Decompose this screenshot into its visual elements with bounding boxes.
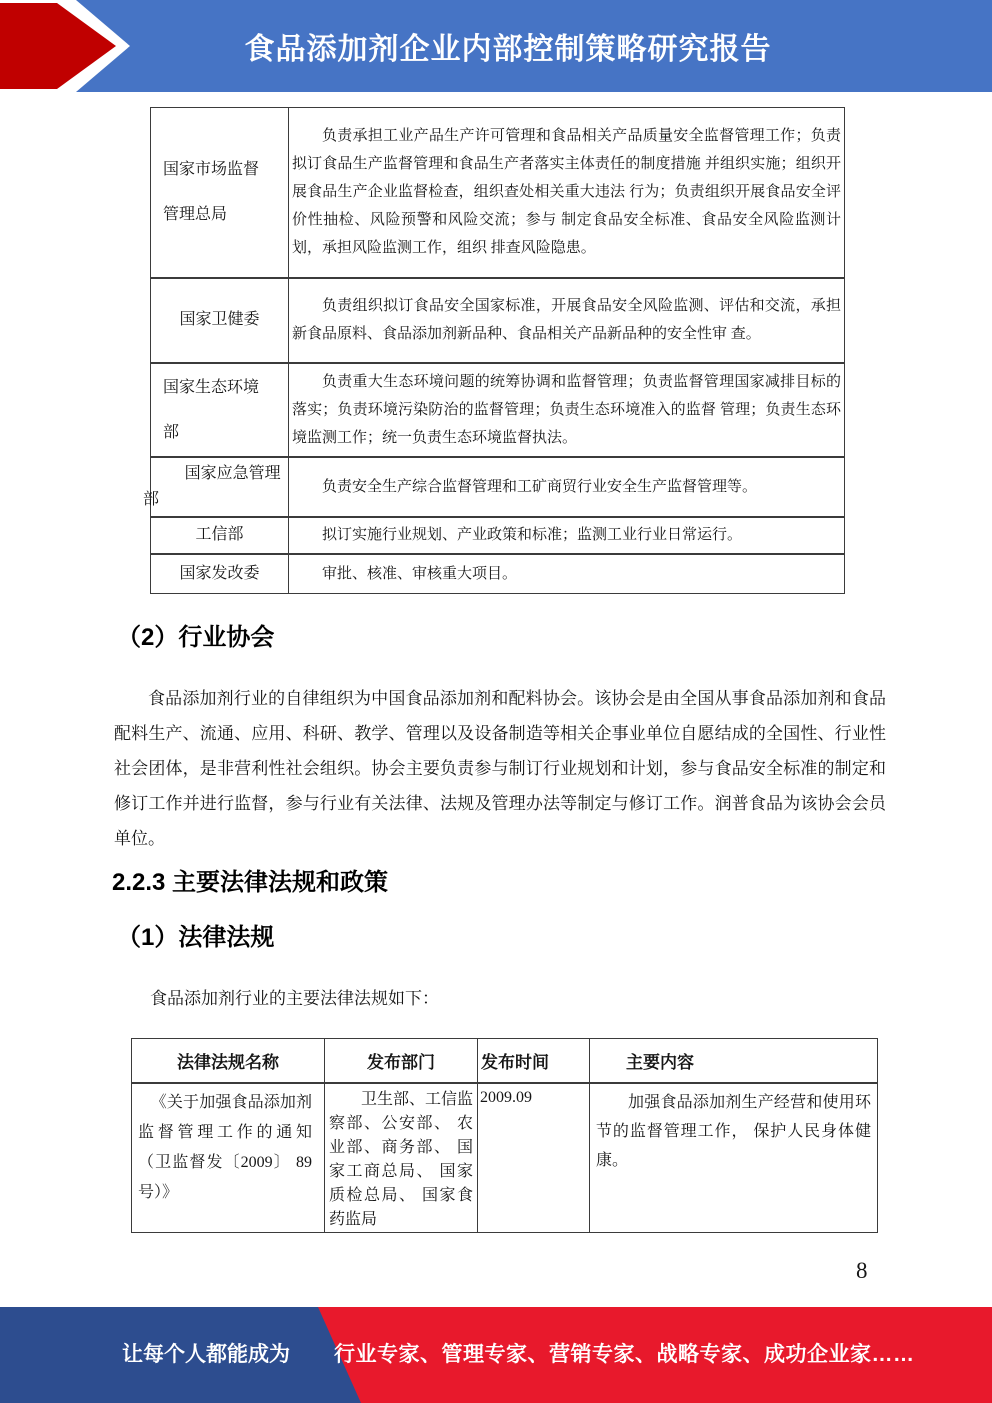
laws-regulations-table: 法律法规名称发布部门发布时间主要内容 《关于加强食品添加剂监督管理工作的通知（卫… <box>131 1038 878 1233</box>
chevron-arrow-icon <box>0 0 132 92</box>
heading-industry-association: （2）行业协会 <box>117 617 274 652</box>
gov-table-row: 国家发改委审批、核准、审核重大项目。 <box>151 554 845 594</box>
gov-table-row: 国家市场监督管理总局负责承担工业产品生产许可管理和食品相关产品质量安全监督管理工… <box>151 108 845 278</box>
law-table-header-row: 法律法规名称发布部门发布时间主要内容 <box>132 1039 878 1083</box>
agency-name-cell: 国家市场监督管理总局 <box>151 108 289 278</box>
law-department-cell: 卫生部、工信监察部、公安部、 农业部、商务部、 国家工商总局、 国家质检总局、 … <box>325 1083 478 1233</box>
gov-table-row: 国家卫健委负责组织拟订食品安全国家标准，开展食品安全风险监测、评估和交流，承担新… <box>151 278 845 363</box>
law-table-header-cell: 主要内容 <box>590 1039 878 1083</box>
law-table-row: 《关于加强食品添加剂监督管理工作的通知（卫监督发〔2009〕 89号）》卫生部、… <box>132 1083 878 1233</box>
agency-duty-cell: 负责重大生态环境问题的统筹协调和监督管理；负责监督管理国家减排目标的落实；负责环… <box>289 363 845 457</box>
heading-laws-subsection: （1）法律法规 <box>117 917 274 952</box>
laws-intro-paragraph: 食品添加剂行业的主要法律法规如下： <box>116 984 876 1009</box>
law-table-body: 《关于加强食品添加剂监督管理工作的通知（卫监督发〔2009〕 89号）》卫生部、… <box>132 1083 878 1233</box>
agency-name-cell: 国家卫健委 <box>151 278 289 363</box>
agency-duty-cell: 负责组织拟订食品安全国家标准，开展食品安全风险监测、评估和交流，承担新食品原料、… <box>289 278 845 363</box>
gov-table-row: 工信部拟订实施行业规划、产业政策和标准；监测工业行业日常运行。 <box>151 517 845 554</box>
footer-slogan-left: 让每个人都能成为 <box>122 1307 290 1403</box>
law-table-header-cell: 法律法规名称 <box>132 1039 325 1083</box>
industry-association-paragraph: 食品添加剂行业的自律组织为中国食品添加剂和配料协会。该协会是由全国从事食品添加剂… <box>114 681 886 856</box>
law-table-header-cell: 发布部门 <box>325 1039 478 1083</box>
footer-slogan-right: 行业专家、管理专家、营销专家、战略专家、成功企业家…… <box>334 1307 915 1403</box>
heading-laws-and-policies: 2.2.3 主要法律法规和政策 <box>112 862 388 897</box>
law-date-cell: 2009.09 <box>478 1083 590 1233</box>
gov-table-row: 国家生态环境部负责重大生态环境问题的统筹协调和监督管理；负责监督管理国家减排目标… <box>151 363 845 457</box>
agency-duty-cell: 审批、核准、审核重大项目。 <box>289 554 845 594</box>
agency-name-cell: 国家生态环境部 <box>151 363 289 457</box>
law-table-header-cell: 发布时间 <box>478 1039 590 1083</box>
agency-name-cell: 国家发改委 <box>151 554 289 594</box>
footer-banner: 让每个人都能成为 行业专家、管理专家、营销专家、战略专家、成功企业家…… <box>0 1307 992 1403</box>
agency-duty-cell: 负责承担工业产品生产许可管理和食品相关产品质量安全监督管理工作；负责拟订食品生产… <box>289 108 845 278</box>
report-title: 食品添加剂企业内部控制策略研究报告 <box>221 24 772 68</box>
agency-duty-cell: 拟订实施行业规划、产业政策和标准；监测工业行业日常运行。 <box>289 517 845 554</box>
government-duties-table: 国家市场监督管理总局负责承担工业产品生产许可管理和食品相关产品质量安全监督管理工… <box>150 107 845 594</box>
gov-table-row: 国家应急管理部负责安全生产综合监督管理和工矿商贸行业安全生产监督管理等。 <box>151 457 845 517</box>
document-page: 食品添加剂企业内部控制策略研究报告 国家市场监督管理总局负责承担工业产品生产许可… <box>0 0 992 1403</box>
report-header-banner: 食品添加剂企业内部控制策略研究报告 <box>0 0 992 92</box>
agency-name-cell: 国家应急管理部 <box>151 457 289 517</box>
law-content-cell: 加强食品添加剂生产经营和使用环节的监督管理工作， 保护人民身体健康。 <box>590 1083 878 1233</box>
agency-name-cell: 工信部 <box>151 517 289 554</box>
page-number: 8 <box>856 1258 868 1284</box>
gov-table-body: 国家市场监督管理总局负责承担工业产品生产许可管理和食品相关产品质量安全监督管理工… <box>151 108 845 594</box>
agency-duty-cell: 负责安全生产综合监督管理和工矿商贸行业安全生产监督管理等。 <box>289 457 845 517</box>
chevron-arrow-red-shape <box>0 3 116 89</box>
law-name-cell: 《关于加强食品添加剂监督管理工作的通知（卫监督发〔2009〕 89号）》 <box>132 1083 325 1233</box>
